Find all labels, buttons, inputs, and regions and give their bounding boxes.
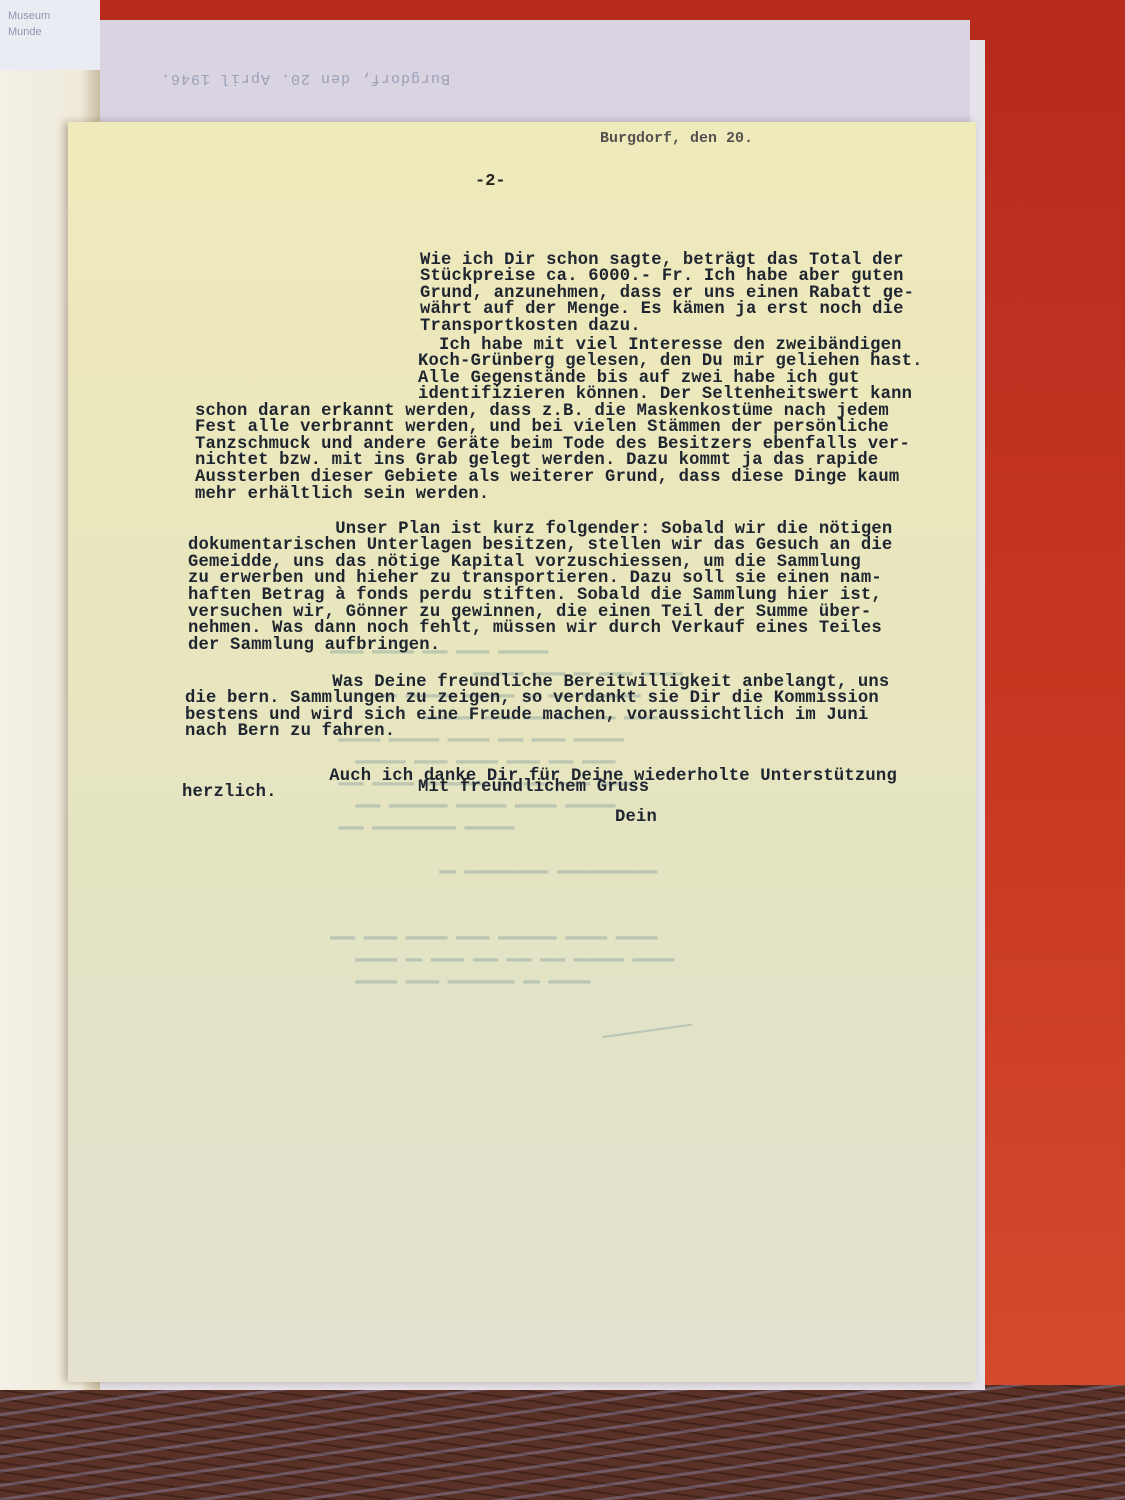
paragraph-bern: Was Deine freundliche Bereitwilligkeit a… xyxy=(185,658,889,758)
closing-greeting: Mit freundlichem Gruss xyxy=(418,780,649,797)
mirrored-date-line: Burgdorf, den 20. April 1946. xyxy=(160,70,450,87)
bleed-through-text: Burgdorf, den 20. xyxy=(600,128,753,150)
paragraph-koch-gruenberg-continued: schon daran erkannt werden, dass z.B. di… xyxy=(195,387,910,520)
left-page-header: Museum Munde xyxy=(8,8,50,40)
signoff: Dein xyxy=(615,810,657,827)
page-number: -2- xyxy=(475,172,506,191)
carpet-surface xyxy=(0,1385,1125,1500)
paragraph-plan: Unser Plan ist kurz folgender: Sobald wi… xyxy=(188,505,892,671)
